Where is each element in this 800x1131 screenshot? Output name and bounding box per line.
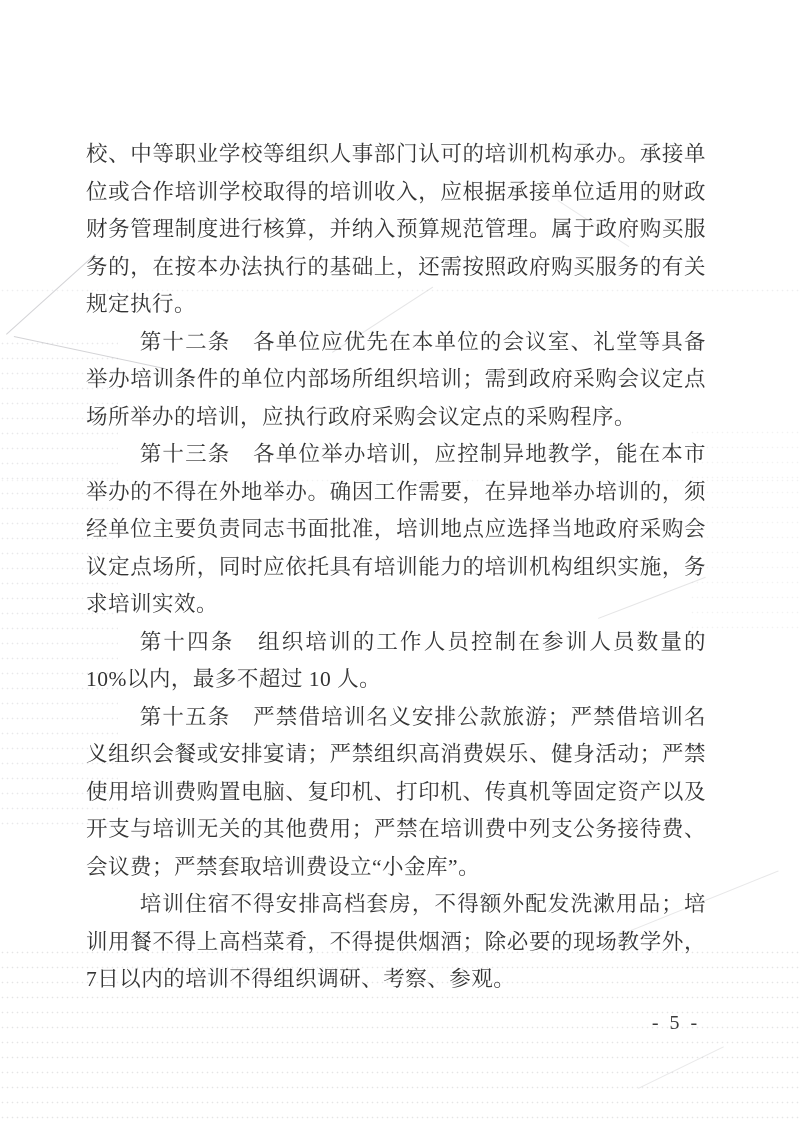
paragraph-continuation: 校、中等职业学校等组织人事部门认可的培训机构承办。承接单位或合作培训学校取得的培… [86,136,706,324]
paragraph-lodging-rules: 培训住宿不得安排高档套房，不得额外配发洗漱用品；培训用餐不得上高档菜肴，不得提供… [86,886,706,999]
scan-artifact-streak [638,1046,724,1089]
page-number: - 5 - [626,1010,726,1036]
document-page: 校、中等职业学校等组织人事部门认可的培训机构承办。承接单位或合作培训学校取得的培… [0,0,800,1131]
paragraph-article-15: 第十五条 严禁借培训名义安排公款旅游；严禁借培训名义组织会餐或安排宴请；严禁组织… [86,699,706,887]
scan-artifact-streak [6,254,96,335]
paragraph-article-14: 第十四条 组织培训的工作人员控制在参训人员数量的10%以内，最多不超过 10 人… [86,624,706,699]
document-body: 校、中等职业学校等组织人事部门认可的培训机构承办。承接单位或合作培训学校取得的培… [86,136,706,999]
paragraph-article-13: 第十三条 各单位举办培训，应控制异地教学，能在本市举办的不得在外地举办。确因工作… [86,436,706,624]
paragraph-article-12: 第十二条 各单位应优先在本单位的会议室、礼堂等具备举办培训条件的单位内部场所组织… [86,324,706,437]
scan-artifact-dots-right [690,425,800,635]
